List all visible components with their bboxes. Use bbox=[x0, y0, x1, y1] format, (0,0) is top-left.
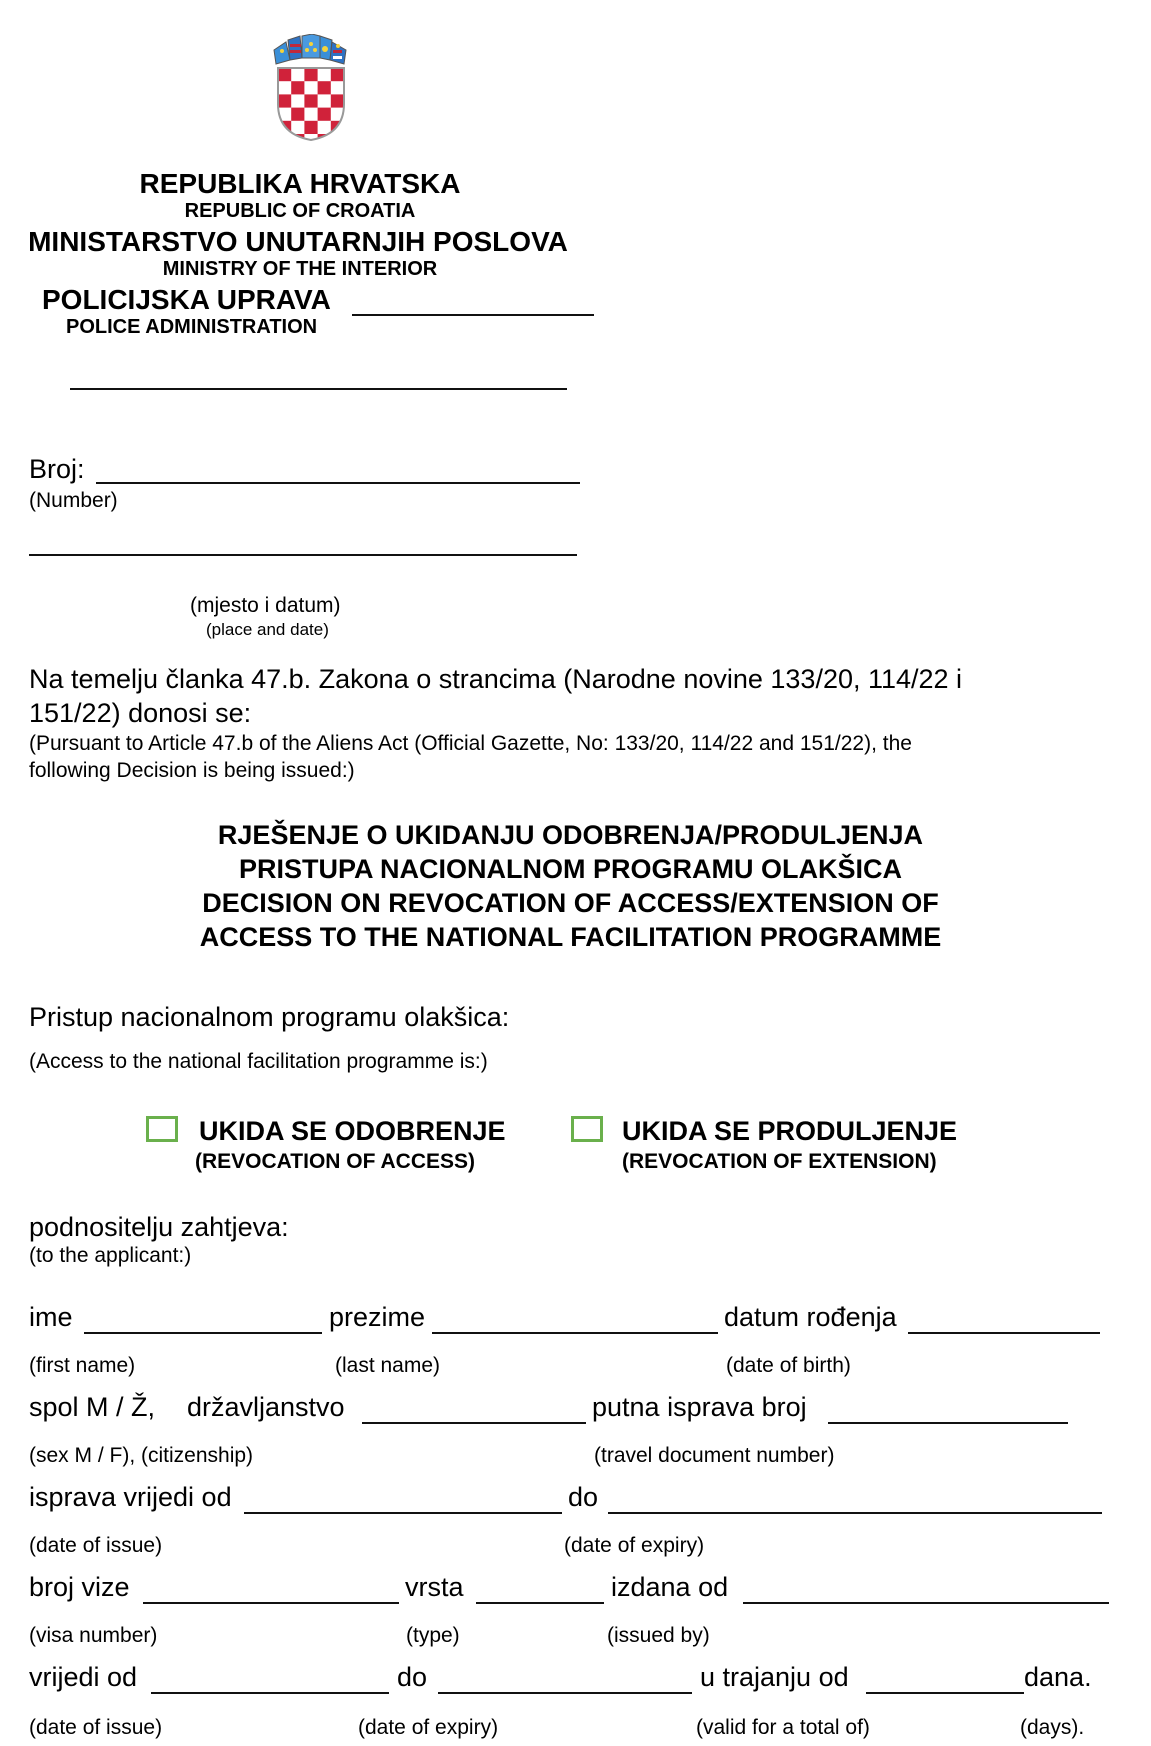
ministry-name-hr: MINISTARSTVO UNUTARNJIH POSLOVA bbox=[0, 226, 598, 258]
applicant-label-en: (to the applicant:) bbox=[29, 1244, 191, 1268]
preamble-hr-line2: 151/22) donosi se: bbox=[29, 698, 251, 729]
days-label: dana. bbox=[1024, 1662, 1092, 1693]
visa-issued-by-field[interactable] bbox=[743, 1602, 1109, 1604]
last-name-label-en: (last name) bbox=[335, 1354, 440, 1378]
visa-issued-by-label: izdana od bbox=[611, 1572, 728, 1603]
access-label-en: (Access to the national facilitation pro… bbox=[29, 1050, 488, 1074]
decision-title-hr-line2: PRISTUPA NACIONALNOM PROGRAMU OLAKŠICA bbox=[0, 852, 1146, 886]
access-label-hr: Pristup nacionalnom programu olakšica: bbox=[29, 1002, 509, 1033]
place-date-field[interactable] bbox=[29, 554, 577, 556]
visa-valid-from-label: vrijedi od bbox=[29, 1662, 137, 1693]
country-name-en: REPUBLIC OF CROATIA bbox=[0, 200, 600, 223]
decision-title-en-line2: ACCESS TO THE NATIONAL FACILITATION PROG… bbox=[0, 920, 1146, 954]
travel-document-field[interactable] bbox=[828, 1422, 1068, 1424]
visa-date-of-expiry-label-en: (date of expiry) bbox=[358, 1716, 498, 1740]
first-name-label-en: (first name) bbox=[29, 1354, 135, 1378]
revocation-of-access-checkbox[interactable] bbox=[146, 1116, 178, 1142]
last-name-label: prezime bbox=[329, 1302, 425, 1333]
duration-label: u trajanju od bbox=[700, 1662, 849, 1693]
office-field[interactable] bbox=[70, 388, 567, 390]
visa-number-field[interactable] bbox=[143, 1602, 399, 1604]
visa-type-label-en: (type) bbox=[406, 1624, 460, 1648]
sex-label: spol M / Ž, bbox=[29, 1392, 155, 1423]
visa-date-of-issue-label-en: (date of issue) bbox=[29, 1716, 162, 1740]
document-date-of-expiry-label-en: (date of expiry) bbox=[564, 1534, 704, 1558]
revocation-of-access-label-en: (REVOCATION OF ACCESS) bbox=[195, 1150, 475, 1174]
document-valid-from-label: isprava vrijedi od bbox=[29, 1482, 232, 1513]
preamble-en-line1: (Pursuant to Article 47.b of the Aliens … bbox=[29, 732, 912, 756]
preamble-hr-line1: Na temelju članka 47.b. Zakona o stranci… bbox=[29, 664, 962, 695]
date-of-birth-field[interactable] bbox=[908, 1332, 1100, 1334]
croatian-coat-of-arms-icon bbox=[270, 34, 352, 142]
last-name-field[interactable] bbox=[432, 1332, 718, 1334]
police-administration-hr: POLICIJSKA UPRAVA bbox=[42, 284, 331, 316]
visa-type-field[interactable] bbox=[476, 1602, 604, 1604]
country-name-hr: REPUBLIKA HRVATSKA bbox=[0, 168, 600, 200]
revocation-of-extension-label-en: (REVOCATION OF EXTENSION) bbox=[622, 1150, 937, 1174]
visa-issued-by-label-en: (issued by) bbox=[607, 1624, 710, 1648]
decision-title-hr-line1: RJEŠENJE O UKIDANJU ODOBRENJA/PRODULJENJ… bbox=[0, 818, 1146, 852]
document-date-of-issue-label-en: (date of issue) bbox=[29, 1534, 162, 1558]
sex-citizenship-label-en: (sex M / F), (citizenship) bbox=[29, 1444, 253, 1468]
travel-document-label-en: (travel document number) bbox=[594, 1444, 834, 1468]
visa-type-label: vrsta bbox=[405, 1572, 464, 1603]
number-label-hr: Broj: bbox=[29, 454, 85, 485]
date-of-birth-label-en: (date of birth) bbox=[726, 1354, 851, 1378]
days-label-en: (days). bbox=[1020, 1716, 1084, 1740]
applicant-label-hr: podnositelju zahtjeva: bbox=[29, 1212, 289, 1243]
duration-label-en: (valid for a total of) bbox=[696, 1716, 870, 1740]
visa-valid-to-label: do bbox=[397, 1662, 427, 1693]
document-valid-from-field[interactable] bbox=[244, 1512, 562, 1514]
document-valid-to-field[interactable] bbox=[608, 1512, 1102, 1514]
visa-valid-to-field[interactable] bbox=[438, 1692, 692, 1694]
date-of-birth-label: datum rođenja bbox=[724, 1302, 897, 1333]
police-administration-en: POLICE ADMINISTRATION bbox=[66, 316, 317, 339]
visa-number-label-en: (visa number) bbox=[29, 1624, 157, 1648]
citizenship-label: državljanstvo bbox=[187, 1392, 345, 1423]
number-field[interactable] bbox=[96, 482, 580, 484]
ministry-name-en: MINISTRY OF THE INTERIOR bbox=[0, 258, 600, 281]
visa-number-label: broj vize bbox=[29, 1572, 130, 1603]
revocation-of-extension-label-hr: UKIDA SE PRODULJENJE bbox=[622, 1116, 957, 1147]
number-label-en: (Number) bbox=[29, 489, 118, 513]
revocation-of-extension-checkbox[interactable] bbox=[571, 1116, 603, 1142]
visa-valid-from-field[interactable] bbox=[151, 1692, 389, 1694]
place-date-label-en: (place and date) bbox=[206, 620, 329, 640]
first-name-label: ime bbox=[29, 1302, 73, 1333]
decision-title-en-line1: DECISION ON REVOCATION OF ACCESS/EXTENSI… bbox=[0, 886, 1146, 920]
duration-days-field[interactable] bbox=[866, 1692, 1024, 1694]
document-valid-to-label: do bbox=[568, 1482, 598, 1513]
citizenship-field[interactable] bbox=[362, 1422, 586, 1424]
police-administration-field[interactable] bbox=[352, 314, 594, 316]
first-name-field[interactable] bbox=[84, 1332, 322, 1334]
place-date-label-hr: (mjesto i datum) bbox=[190, 594, 341, 618]
revocation-of-access-label-hr: UKIDA SE ODOBRENJE bbox=[199, 1116, 506, 1147]
travel-document-label: putna isprava broj bbox=[592, 1392, 807, 1423]
preamble-en-line2: following Decision is being issued:) bbox=[29, 759, 355, 783]
